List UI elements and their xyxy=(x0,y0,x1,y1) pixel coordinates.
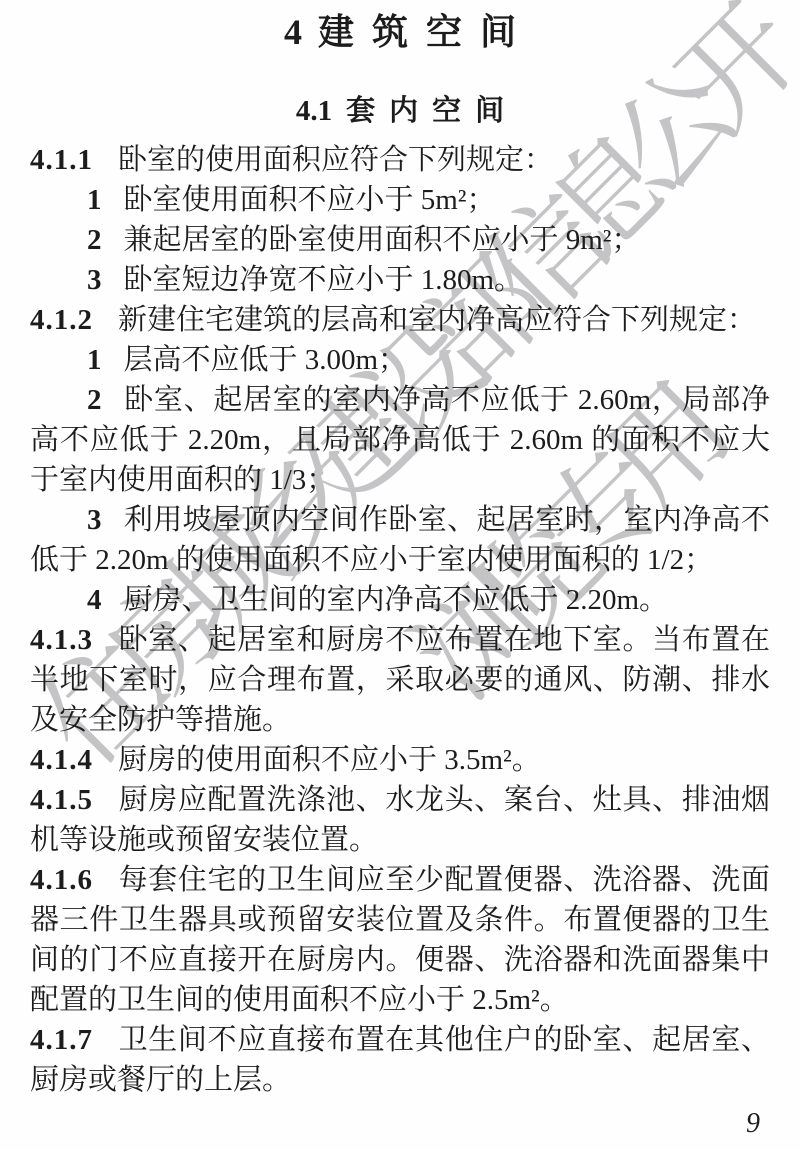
item-text: 卧室短边净宽不应小于 1.80m。 xyxy=(124,264,524,296)
item-text: 卧室使用面积不应小于 5m²； xyxy=(124,184,496,216)
clause-4-1-6: 4.1.6每套住宅的卫生间应至少配置便器、洗浴器、洗面器三件卫生器具或预留安装位… xyxy=(30,860,770,1020)
document-page: 住房城乡建设部信息公开 浏览专用 4建筑空间 4.1套内空间 4.1.1卧室的使… xyxy=(0,0,800,1150)
clause-4-1-1-item-2: 2兼起居室的卧室使用面积不应小于 9m²； xyxy=(30,220,770,260)
section-heading: 4.1套内空间 xyxy=(0,88,800,129)
item-text: 卧室、起居室的室内净高不应低于 2.60m，局部净高不应低于 2.20m，且局部… xyxy=(30,384,770,496)
clause-text: 卧室的使用面积应符合下列规定： xyxy=(118,144,553,176)
clause-text: 卫生间不应直接布置在其他住户的卧室、起居室、厨房或餐厅的上层。 xyxy=(30,1024,770,1096)
clause-number: 4.1.6 xyxy=(30,864,93,896)
item-number: 2 xyxy=(87,384,103,416)
clause-4-1-5: 4.1.5厨房应配置洗涤池、水龙头、案台、灶具、排油烟机等设施或预留安装位置。 xyxy=(30,780,770,860)
clause-4-1-2-item-4: 4厨房、卫生间的室内净高不应低于 2.20m。 xyxy=(30,580,770,620)
clause-number: 4.1.7 xyxy=(30,1024,93,1056)
item-number: 3 xyxy=(87,504,103,536)
clause-4-1-2: 4.1.2新建住宅建筑的层高和室内净高应符合下列规定： xyxy=(30,300,770,340)
clause-number: 4.1.1 xyxy=(30,144,93,176)
item-text: 层高不应低于 3.00m； xyxy=(124,344,408,376)
section-heading-text: 套内空间 xyxy=(346,95,518,127)
clause-number: 4.1.4 xyxy=(30,744,93,776)
clause-list: 4.1.1卧室的使用面积应符合下列规定： 1卧室使用面积不应小于 5m²； 2兼… xyxy=(30,140,770,1100)
item-number: 1 xyxy=(87,344,103,376)
clause-number: 4.1.2 xyxy=(30,304,93,336)
item-number: 2 xyxy=(87,224,103,256)
clause-number: 4.1.3 xyxy=(30,624,93,656)
item-number: 4 xyxy=(87,584,103,616)
clause-4-1-2-item-1: 1层高不应低于 3.00m； xyxy=(30,340,770,380)
item-text: 利用坡屋顶内空间作卧室、起居室时，室内净高不低于 2.20m 的使用面积不应小于… xyxy=(30,504,770,576)
clause-4-1-1-item-1: 1卧室使用面积不应小于 5m²； xyxy=(30,180,770,220)
clause-4-1-3: 4.1.3卧室、起居室和厨房不应布置在地下室。当布置在半地下室时，应合理布置，采… xyxy=(30,620,770,740)
chapter-title: 4建筑空间 xyxy=(0,4,800,55)
clause-text: 厨房应配置洗涤池、水龙头、案台、灶具、排油烟机等设施或预留安装位置。 xyxy=(30,784,770,856)
page-number: 9 xyxy=(746,1108,760,1140)
clause-4-1-1-item-3: 3卧室短边净宽不应小于 1.80m。 xyxy=(30,260,770,300)
clause-text: 厨房的使用面积不应小于 3.5m²。 xyxy=(118,744,541,776)
clause-text: 每套住宅的卫生间应至少配置便器、洗浴器、洗面器三件卫生器具或预留安装位置及条件。… xyxy=(30,864,770,1016)
clause-4-1-7: 4.1.7卫生间不应直接布置在其他住户的卧室、起居室、厨房或餐厅的上层。 xyxy=(30,1020,770,1100)
clause-text: 卧室、起居室和厨房不应布置在地下室。当布置在半地下室时，应合理布置，采取必要的通… xyxy=(30,624,770,736)
item-text: 兼起居室的卧室使用面积不应小于 9m²； xyxy=(124,224,641,256)
chapter-title-text: 建筑空间 xyxy=(318,12,534,52)
clause-text: 新建住宅建筑的层高和室内净高应符合下列规定： xyxy=(118,304,756,336)
item-text: 厨房、卫生间的室内净高不应低于 2.20m。 xyxy=(124,584,669,616)
chapter-number: 4 xyxy=(284,12,302,52)
clause-4-1-1: 4.1.1卧室的使用面积应符合下列规定： xyxy=(30,140,770,180)
clause-4-1-2-item-2: 2卧室、起居室的室内净高不应低于 2.60m，局部净高不应低于 2.20m，且局… xyxy=(30,380,770,500)
section-number: 4.1 xyxy=(296,95,332,127)
item-number: 1 xyxy=(87,184,103,216)
item-number: 3 xyxy=(87,264,103,296)
clause-number: 4.1.5 xyxy=(30,784,93,816)
clause-4-1-2-item-3: 3利用坡屋顶内空间作卧室、起居室时，室内净高不低于 2.20m 的使用面积不应小… xyxy=(30,500,770,580)
clause-4-1-4: 4.1.4厨房的使用面积不应小于 3.5m²。 xyxy=(30,740,770,780)
